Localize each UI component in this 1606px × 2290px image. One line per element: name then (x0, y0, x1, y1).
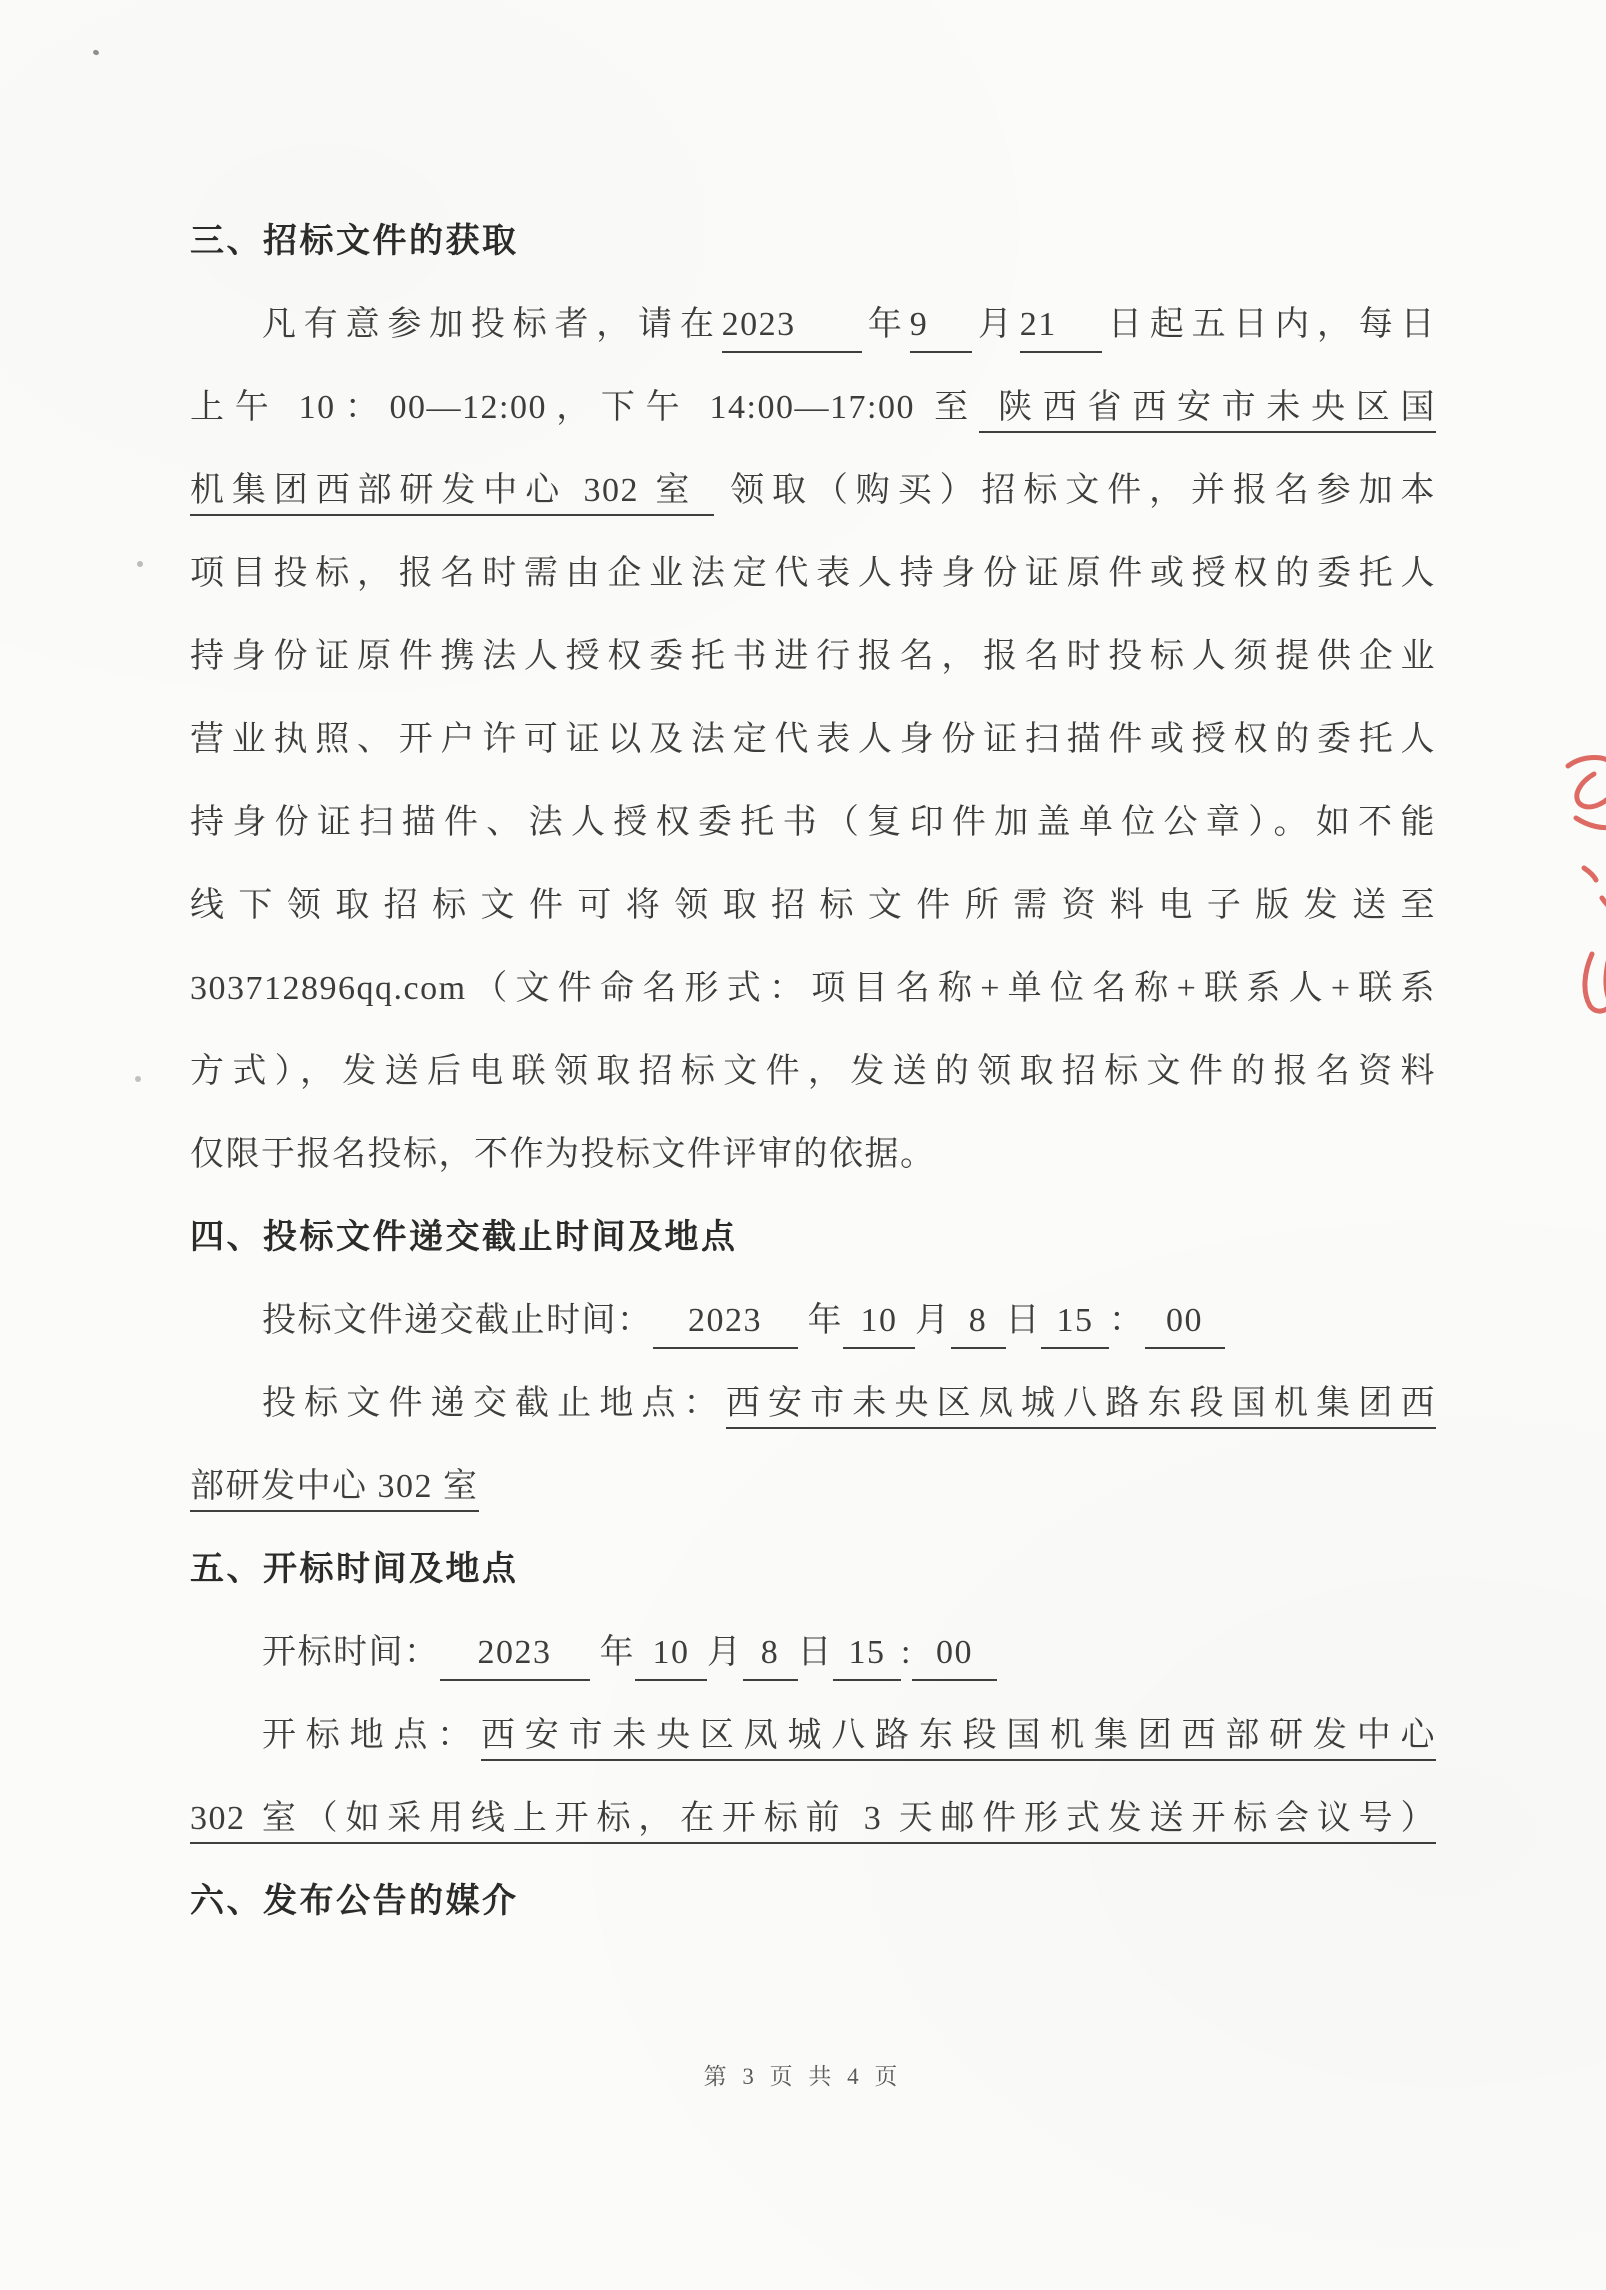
text-run: 项目投标，报名时需由企业法定代表人持身份证原件或授权的委托人 (190, 555, 1436, 592)
text-line: 营业执照、开户许可证以及法定代表人身份证扫描件或授权的委托人 (190, 698, 1436, 781)
text-line: 凡有意参加投标者，请在2023年9月21日起五日内，每日 (190, 283, 1436, 366)
text-line: 项目投标，报名时需由企业法定代表人持身份证原件或授权的委托人 (190, 532, 1436, 615)
text-run: 凡有意参加投标者，请在 (262, 306, 722, 343)
filled-blank: 2023 (440, 1634, 590, 1681)
red-seal-fragment-icon (1550, 740, 1606, 1070)
filled-blank: 10 (843, 1302, 915, 1349)
filled-blank: 西安市未央区凤城八路东段国机集团西部研发中心 (481, 1717, 1436, 1761)
text-line: 开标地点：西安市未央区凤城八路东段国机集团西部研发中心 (190, 1694, 1436, 1777)
text-line: 持身份证原件携法人授权委托书进行报名，报名时投标人须提供企业 (190, 615, 1436, 698)
scan-speck (137, 561, 143, 567)
filled-blank: 302 室（如采用线上开标，在开标前 3 天邮件形式发送开标会议号） (190, 1800, 1436, 1844)
text-line: 线下领取招标文件可将领取招标文件所需资料电子版发送至 (190, 864, 1436, 947)
filled-blank: 8 (743, 1634, 798, 1681)
filled-blank: 15 (833, 1634, 901, 1681)
text-run: 持身份证扫描件、法人授权委托书（复印件加盖单位公章）。如不能 (190, 804, 1436, 841)
text-run: 上午 10：00—12:00，下午 14:00—17:00 至 (190, 389, 979, 426)
text-run: 仅限于报名投标，不作为投标文件评审的依据。 (190, 1136, 936, 1173)
filled-blank: 2023 (722, 306, 862, 353)
section-heading: 四、投标文件递交截止时间及地点 (190, 1196, 1436, 1279)
text-line: 302 室（如采用线上开标，在开标前 3 天邮件形式发送开标会议号） (190, 1777, 1436, 1860)
text-line: 开标时间：2023 年10月8日15:00 (190, 1611, 1436, 1694)
text-run: : (901, 1634, 912, 1671)
text-run: 日起五日内，每日 (1102, 306, 1436, 343)
text-run: 303712896qq.com（文件命名形式：项目名称+单位名称+联系人+联系 (190, 970, 1436, 1007)
text-run: 日 (1006, 1302, 1042, 1339)
text-run: 年 (798, 1302, 844, 1339)
filled-blank: 9 (910, 306, 972, 353)
filled-blank: 机集团西部研发中心 302 室 (190, 472, 714, 516)
filled-blank: 8 (951, 1302, 1006, 1349)
text-run: ： (1109, 1302, 1145, 1339)
text-run: 日 (798, 1634, 834, 1671)
text-run: 投标文件递交截止地点： (262, 1385, 726, 1422)
text-line: 仅限于报名投标，不作为投标文件评审的依据。 (190, 1113, 1436, 1196)
text-line: 上午 10：00—12:00，下午 14:00—17:00 至 陕西省西安市未央… (190, 366, 1436, 449)
scan-speck (135, 1076, 141, 1082)
text-run: 月 (915, 1302, 951, 1339)
text-run: 领取（购买）招标文件，并报名参加本 (714, 472, 1436, 509)
page-footer: 第 3 页 共 4 页 (0, 2058, 1606, 2091)
text-line: 投标文件递交截止时间：2023 年10月8日15：00 (190, 1279, 1436, 1362)
filled-blank: 2023 (653, 1302, 798, 1349)
scan-speck (92, 49, 100, 56)
text-line: 投标文件递交截止地点：西安市未央区凤城八路东段国机集团西 (190, 1362, 1436, 1445)
text-run: 线下领取招标文件可将领取招标文件所需资料电子版发送至 (190, 887, 1436, 924)
filled-blank: 00 (912, 1634, 997, 1681)
filled-blank: 15 (1041, 1302, 1109, 1349)
section-heading: 三、招标文件的获取 (190, 200, 1436, 283)
text-run: 月 (972, 306, 1020, 343)
text-run: 开标地点： (262, 1717, 481, 1754)
text-line: 机集团西部研发中心 302 室 领取（购买）招标文件，并报名参加本 (190, 449, 1436, 532)
text-run: 月 (707, 1634, 743, 1671)
text-run: 投标文件递交截止时间： (262, 1302, 653, 1339)
filled-blank: 部研发中心 302 室 (190, 1468, 479, 1512)
text-line: 303712896qq.com（文件命名形式：项目名称+单位名称+联系人+联系 (190, 947, 1436, 1030)
filled-blank: 21 (1020, 306, 1102, 353)
text-run: 年 (590, 1634, 636, 1671)
text-run: 营业执照、开户许可证以及法定代表人身份证扫描件或授权的委托人 (190, 721, 1436, 758)
text-line: 持身份证扫描件、法人授权委托书（复印件加盖单位公章）。如不能 (190, 781, 1436, 864)
filled-blank: 10 (635, 1634, 707, 1681)
text-run: 年 (862, 306, 910, 343)
text-run: 持身份证原件携法人授权委托书进行报名，报名时投标人须提供企业 (190, 638, 1436, 675)
text-line: 部研发中心 302 室 (190, 1445, 1436, 1528)
filled-blank: 00 (1145, 1302, 1225, 1349)
text-run: 方式），发送后电联领取招标文件，发送的领取招标文件的报名资料 (190, 1053, 1436, 1090)
filled-blank: 西安市未央区凤城八路东段国机集团西 (726, 1385, 1436, 1429)
section-heading: 六、发布公告的媒介 (190, 1860, 1436, 1943)
document-body: 三、招标文件的获取凡有意参加投标者，请在2023年9月21日起五日内，每日上午 … (190, 200, 1436, 1943)
filled-blank: 陕西省西安市未央区国 (979, 389, 1436, 433)
section-heading: 五、开标时间及地点 (190, 1528, 1436, 1611)
document-page: 三、招标文件的获取凡有意参加投标者，请在2023年9月21日起五日内，每日上午 … (0, 0, 1606, 2290)
text-run: 开标时间： (262, 1634, 440, 1671)
text-line: 方式），发送后电联领取招标文件，发送的领取招标文件的报名资料 (190, 1030, 1436, 1113)
